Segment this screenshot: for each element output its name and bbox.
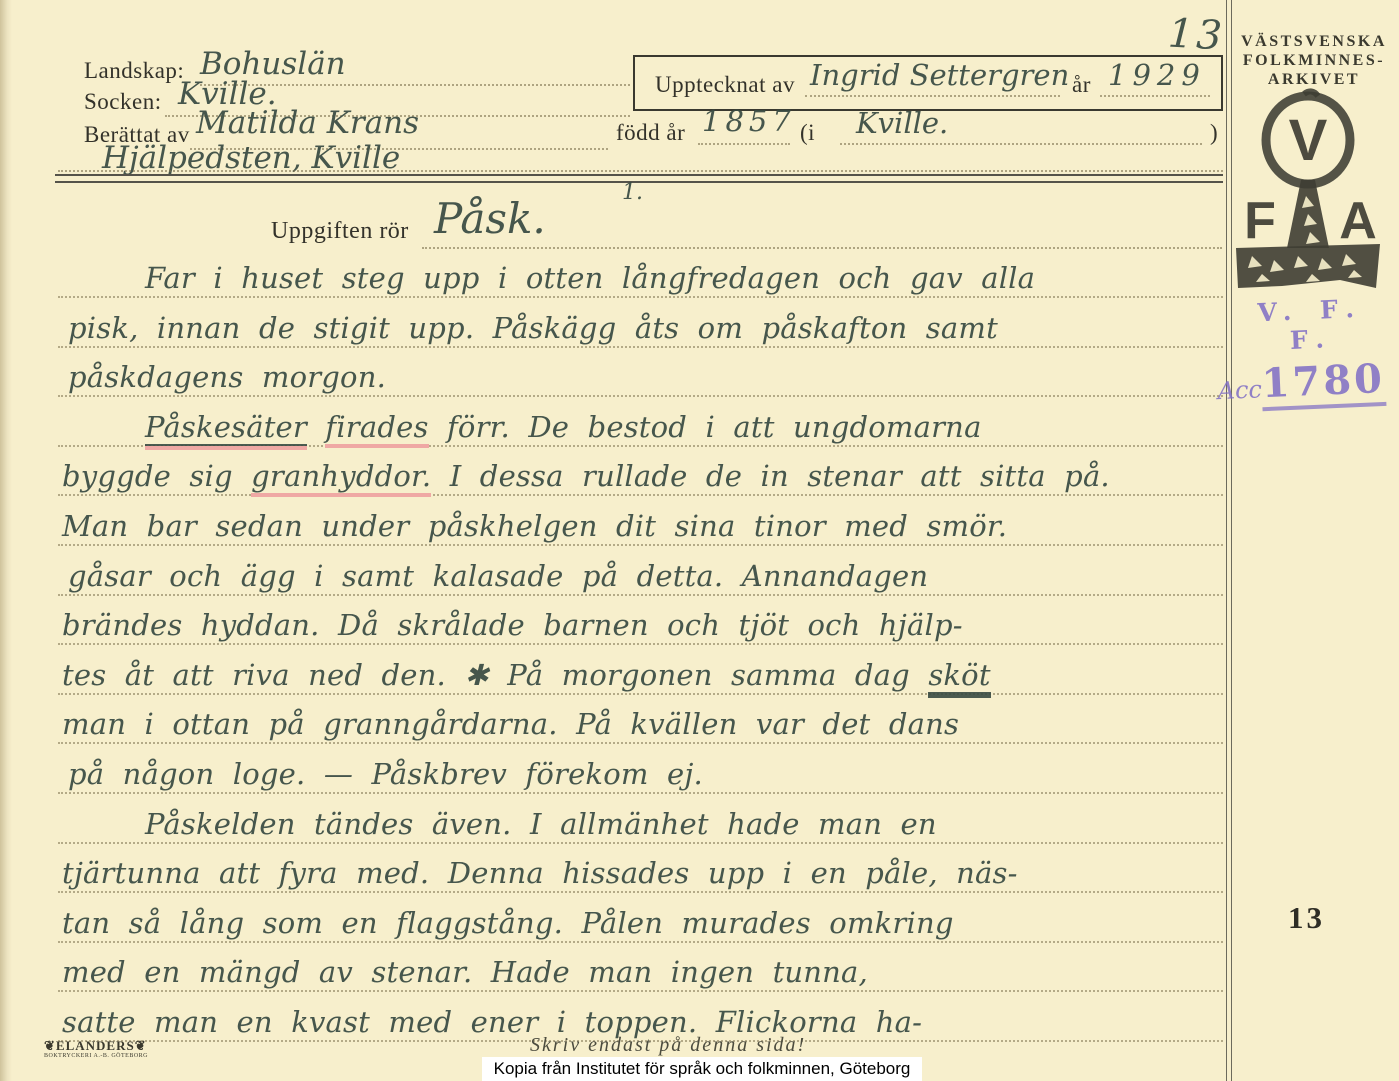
handwritten-segment: Far i huset steg upp i otten långfredage… (145, 261, 1035, 295)
year-value: 1929 (1108, 58, 1206, 92)
topic-value: Påsk. (434, 194, 546, 243)
handwritten-line: tan så lång som en flaggstång. Pålen mur… (62, 901, 954, 945)
handwritten-segment: förr. De bestod i att ungdomarna (429, 410, 982, 444)
handwritten-segment: sköt (928, 658, 990, 694)
handwritten-line: Man bar sedan under påskhelgen dit sina … (62, 504, 1007, 548)
handwritten-segment: tan så lång som en flaggstång. Pålen mur… (62, 906, 954, 940)
handwritten-line: brändes hyddan. Då skrålade barnen och t… (62, 603, 963, 647)
born-label: född år (616, 120, 685, 146)
born-paren-open: (i (800, 120, 815, 146)
handwritten-segment: pisk, innan de stigit upp. Påskägg åts o… (68, 311, 998, 345)
handwritten-segment: byggde sig (62, 459, 251, 493)
upptecknat-value: Ingrid Settergren (810, 58, 1069, 92)
printer-subline: BOKTRYCKERI A.-B. GÖTEBORG (44, 1051, 148, 1062)
handwritten-segment: Påskelden tändes även. I allmänhet hade … (145, 807, 937, 841)
handwritten-segment: Man bar sedan under påskhelgen dit sina … (62, 509, 1007, 543)
landskap-label: Landskap: (84, 58, 184, 84)
handwritten-line: tes åt att riva ned den. ✱ På morgonen s… (62, 653, 991, 697)
handwritten-segment: tes åt att riva ned den. ✱ På morgonen s… (62, 658, 928, 692)
upptecknat-dotted (805, 95, 1060, 97)
handwritten-line: Påskesäter firades förr. De bestod i att… (145, 405, 982, 449)
footer-instruction: Skriv endast på denna sida! (530, 1034, 806, 1057)
handwritten-line: på någon loge. — Påskbrev förekom ej. (68, 752, 703, 796)
thors-hammer-icon: V F A (1222, 88, 1394, 310)
archive-name: VÄSTSVENSKA FOLKMINNES- ARKIVET (1234, 32, 1394, 89)
handwritten-segment: brändes hyddan. Då skrålade barnen och t… (62, 608, 963, 642)
stamp-acc-number: 1780 (1261, 355, 1386, 411)
handwritten-segment: gåsar och ägg i samt kalasade på detta. … (68, 559, 928, 593)
berattat-value: Matilda Krans (196, 105, 419, 141)
copy-notice-band: Kopia från Institutet för språk och folk… (482, 1057, 922, 1081)
handwritten-line: med en mängd av stenar. Hade man ingen t… (62, 950, 868, 994)
handwritten-line: byggde sig granhyddor. I dessa rullade d… (62, 454, 1110, 498)
handwritten-segment: tjärtunna att fyra med. Denna hissades u… (62, 856, 1018, 890)
handwritten-line: Far i huset steg upp i otten långfredage… (145, 256, 1035, 300)
handwritten-segment: I dessa rullade de in stenar att sitta p… (431, 459, 1110, 493)
archive-name-line3: ARKIVET (1234, 70, 1394, 89)
logo-letter-f: F (1244, 192, 1276, 250)
year-dotted (1100, 95, 1210, 97)
logo-letter-a: A (1339, 192, 1377, 250)
topic-label: Uppgiften rör (271, 218, 409, 245)
handwritten-line: Påskelden tändes även. I allmänhet hade … (145, 802, 937, 846)
born-paren-close: ) (1210, 120, 1218, 146)
berattat-dotted-line2 (58, 170, 1223, 172)
handwritten-line: pisk, innan de stigit upp. Påskägg åts o… (68, 306, 998, 350)
corner-note: 1. (622, 180, 643, 205)
copy-notice: Kopia från Institutet för språk och folk… (494, 1059, 911, 1079)
handwritten-segment: man i ottan på granngårdarna. På kvällen… (62, 707, 959, 741)
born-place: Kville. (856, 106, 948, 140)
handwritten-line: tjärtunna att fyra med. Denna hissades u… (62, 851, 1018, 895)
printer-mark: ❦ELANDERS❦ BOKTRYCKERI A.-B. GÖTEBORG (44, 1040, 148, 1062)
handwritten-segment (307, 410, 325, 444)
year-label: år (1072, 72, 1091, 98)
printed-page-number: 13 (1288, 900, 1325, 936)
handwritten-line: gåsar och ägg i samt kalasade på detta. … (68, 554, 928, 598)
born-year: 1857 (702, 104, 796, 138)
handwritten-segment: Påskesäter (145, 410, 307, 446)
thors-hammer-logo: V F A (1222, 88, 1394, 310)
handwritten-segment: påskdagens morgon. (68, 360, 386, 394)
archive-name-line2: FOLKMINNES- (1234, 51, 1394, 70)
born-year-dotted (698, 143, 790, 145)
born-place-dotted (840, 143, 1202, 145)
archive-form-page: Landskap: Bohuslän Socken: Kville. Berät… (0, 0, 1399, 1081)
handwritten-segment: med en mängd av stenar. Hade man ingen t… (62, 955, 868, 989)
handwritten-page-number: 13 (1167, 11, 1226, 60)
handwritten-line: man i ottan på granngårdarna. På kvällen… (62, 702, 959, 746)
stamp-acc-label: Acc (1217, 375, 1262, 405)
upptecknat-label: Upptecknat av (655, 72, 795, 98)
logo-letter-v: V (1289, 108, 1328, 173)
topic-dotted-line (422, 247, 1222, 249)
accession-stamp: V. F. F. Acc1780 (1228, 292, 1398, 408)
handwritten-segment: på någon loge. — Påskbrev förekom ej. (68, 757, 703, 791)
handwritten-segment: firades (325, 410, 428, 444)
handwritten-line: påskdagens morgon. (68, 355, 386, 399)
handwritten-segment: granhyddor. (251, 459, 431, 493)
archive-name-line1: VÄSTSVENSKA (1234, 32, 1394, 51)
socken-label: Socken: (84, 89, 162, 115)
stamp-initials: V. F. F. (1228, 292, 1395, 357)
